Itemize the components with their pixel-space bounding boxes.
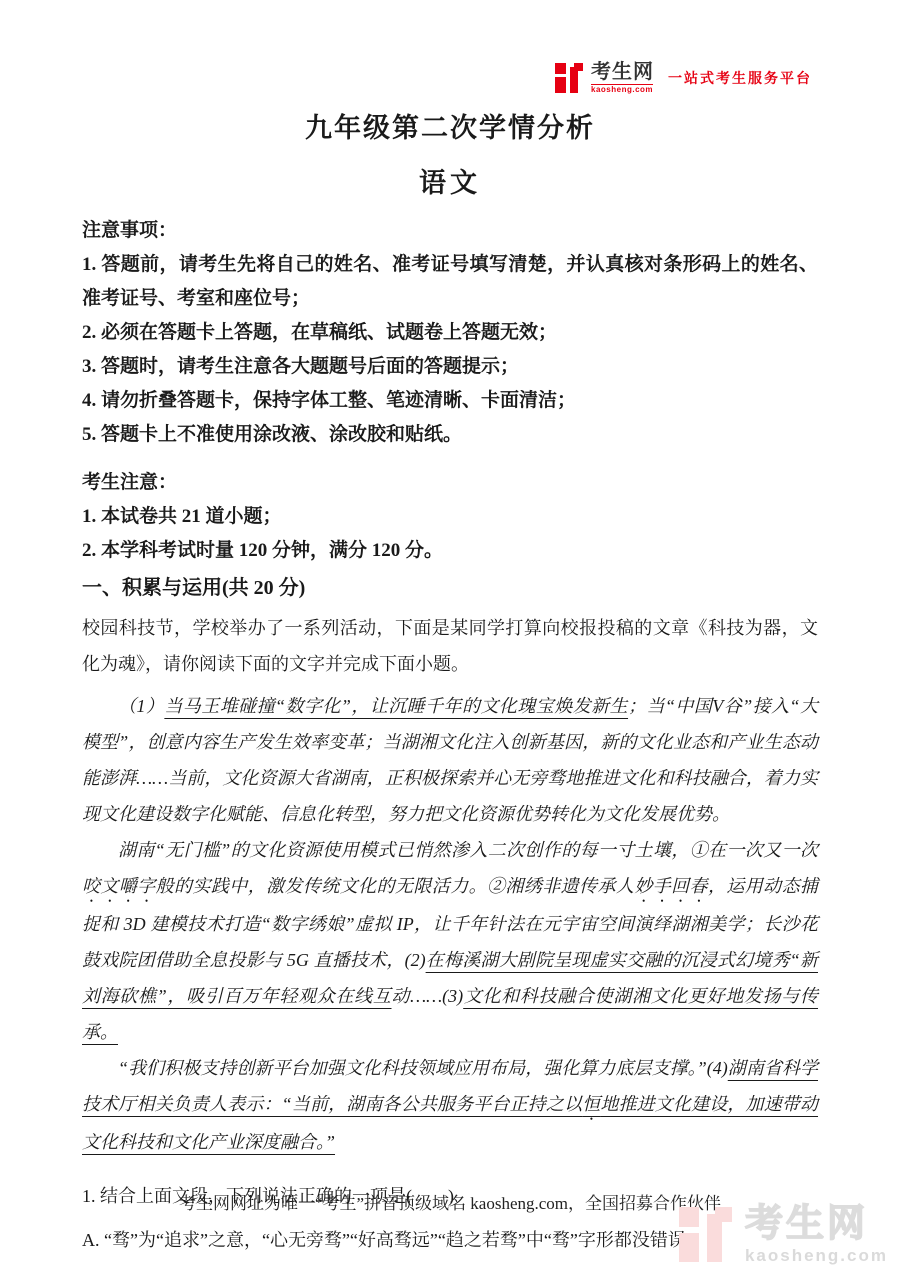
exam-subject: 语文 [82, 161, 818, 200]
para3-emphasis-1: 恒 [582, 1094, 600, 1114]
notice-item-5: 5. 答题卡上不准使用涂改液、涂改胶和贴纸。 [82, 418, 818, 452]
exam-title: 九年级第二次学情分析 [82, 106, 818, 145]
notice-block: 注意事项： 1. 答题前，请考生先将自己的姓名、准考证号填写清楚，并认真核对条形… [82, 214, 818, 452]
brand-tagline: 一站式考生服务平台 [668, 68, 812, 88]
para2-text-0: 湖南“无门槛”的文化资源使用模式已悄然渗入二次创作的每一寸土壤，①在一次又一次 [118, 840, 818, 860]
passage-paragraph-1: （1）当马王堆碰撞“数字化”，让沉睡千年的文化瑰宝焕发新生；当“中国V谷”接入“… [82, 688, 818, 832]
candidate-note-item-1: 1. 本试卷共 21 道小题； [82, 500, 818, 534]
passage-body: （1）当马王堆碰撞“数字化”，让沉睡千年的文化瑰宝焕发新生；当“中国V谷”接入“… [82, 688, 818, 1160]
brand-name: 考生网 [591, 62, 654, 82]
passage-paragraph-2: 湖南“无门槛”的文化资源使用模式已悄然渗入二次创作的每一寸土壤，①在一次又一次咬… [82, 832, 818, 1050]
question-1: 1. 结合上面文段，下列说法正确的一项是( ) A. “骛”为“追求”之意，“心… [82, 1174, 818, 1262]
notice-item-4: 4. 请勿折叠答题卡，保持字体工整、笔迹清晰、卡面清洁； [82, 384, 818, 418]
candidate-note-block: 考生注意： 1. 本试卷共 21 道小题； 2. 本学科考试时量 120 分钟，… [82, 466, 818, 568]
para2-emphasis-2: 妙手回春 [634, 876, 708, 896]
para1-prefix: （1） [118, 696, 164, 716]
notice-item-1: 1. 答题前，请考生先将自己的姓名、准考证号填写清楚，并认真核对条形码上的姓名、… [82, 248, 818, 316]
notice-heading: 注意事项： [82, 214, 818, 248]
para3-text-0: “我们积极支持创新平台加强文化科技领域应用布局，强化算力底层支撑。”(4) [118, 1058, 728, 1078]
para2-text-1: 般的实践中，激发传统文化的无限活力。②湘绣非遗传承人 [156, 876, 635, 896]
notice-item-2: 2. 必须在答题卡上答题，在草稿纸、试题卷上答题无效； [82, 316, 818, 350]
para2-text-3: 动……(3) [392, 986, 464, 1006]
candidate-note-heading: 考生注意： [82, 466, 818, 500]
notice-item-3: 3. 答题时，请考生注意各大题题号后面的答题提示； [82, 350, 818, 384]
question-option-a: A. “骛”为“追求”之意，“心无旁骛”“好高骛远”“趋之若骛”中“骛”字形都没… [82, 1218, 818, 1262]
passage-paragraph-3: “我们积极支持创新平台加强文化科技领域应用布局，强化算力底层支撑。”(4)湖南省… [82, 1050, 818, 1160]
kaosheng-logo-icon [555, 63, 585, 93]
brand-domain: kaosheng.com [591, 84, 653, 94]
header-logo-row: 考生网 kaosheng.com 一站式考生服务平台 [0, 0, 900, 94]
brand-logo: 考生网 kaosheng.com 一站式考生服务平台 [555, 62, 812, 94]
footer-note: 考生网网址为唯一“考生”拼音顶级域名 kaosheng.com，全国招募合作伙伴 [0, 1189, 900, 1214]
para2-emphasis-1: 咬文嚼字 [82, 876, 156, 896]
passage-intro: 校园科技节，学校举办了一系列活动，下面是某同学打算向校报投稿的文章《科技为器，文… [82, 610, 818, 682]
para1-underline-1: 当马王堆碰撞“数字化”，让沉睡千年的文化瑰宝焕发新生 [164, 696, 628, 716]
section-heading: 一、积累与运用(共 20 分) [82, 570, 818, 606]
candidate-note-item-2: 2. 本学科考试时量 120 分钟，满分 120 分。 [82, 534, 818, 568]
